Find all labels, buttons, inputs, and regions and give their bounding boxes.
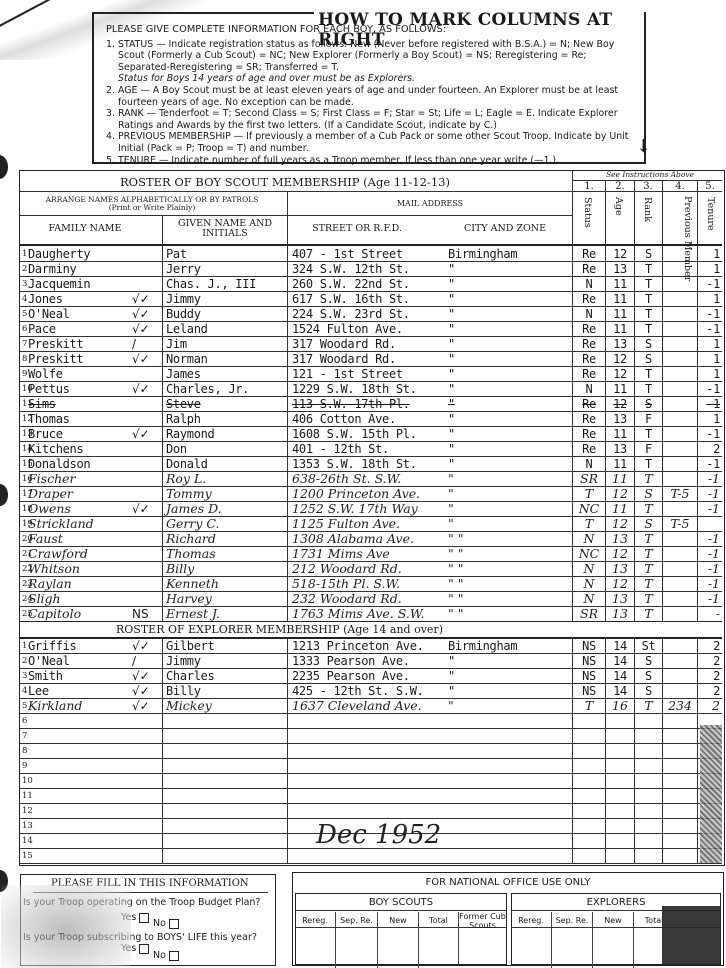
boy-roster-prev-cell: [663, 426, 697, 441]
boy-roster-family-cell: Preskitt: [28, 336, 138, 351]
boy-roster-tenure-cell: 1: [698, 336, 720, 351]
boy-roster-prev-cell: [663, 441, 697, 456]
boy-roster-given-cell: Don: [166, 441, 286, 456]
explorer-roster-street-cell: 2235 Pearson Ave.: [292, 668, 452, 683]
boy-roster-city-cell: " ": [448, 606, 568, 621]
instructions-box: HOW TO MARK COLUMNS AT RIGHT PLEASE GIVE…: [92, 12, 646, 164]
boy-roster-family-cell: Pace: [28, 321, 138, 336]
explorer-roster-family-cell: Smith: [28, 668, 138, 683]
boy-roster-street-cell: 638-26th St. S.W.: [292, 471, 452, 486]
fill-in-box: PLEASE FILL IN THIS INFORMATION Is your …: [20, 874, 276, 966]
date-annotation: Dec 1952: [316, 820, 441, 850]
boy-roster-status-cell: N: [573, 576, 605, 591]
row-number: 9: [22, 758, 27, 773]
boy-roster-status-cell: T: [573, 486, 605, 501]
explorer-roster-prev-cell: 234: [663, 698, 697, 713]
boy-roster-prev-cell: [663, 321, 697, 336]
boy-roster-age-cell: 13: [606, 606, 634, 621]
tally-col-rereg: Rereg.: [296, 912, 334, 968]
explorer-roster-tenure-cell: 2: [698, 638, 720, 653]
instruction-tenure: 5. TENURE — Indicate number of full year…: [106, 155, 636, 167]
row-number: 1: [22, 246, 27, 261]
explorer-roster-row: 12: [20, 803, 722, 818]
boy-roster-age-cell: 13: [606, 261, 634, 276]
boy-roster-given-cell: Pat: [166, 246, 286, 261]
boy-roster-family-cell: Faust: [28, 531, 138, 546]
checkbox-icon[interactable]: [169, 919, 179, 929]
col-number-3: 3.: [634, 181, 662, 192]
boy-roster-city-cell: " ": [448, 531, 568, 546]
explorer-roster-row: 15: [20, 848, 722, 863]
boy-roster-status-cell: SR: [573, 471, 605, 486]
boy-roster-family-cell: Crawford: [28, 546, 138, 561]
boy-roster-street-cell: 1308 Alabama Ave.: [292, 531, 452, 546]
boy-roster-row: 17DraperTommy1200 Princeton Ave."T12ST-5…: [20, 486, 722, 501]
boy-roster-age-cell: 11: [606, 501, 634, 516]
boy-roster-tenure-cell: -1: [698, 381, 720, 396]
boy-roster-tenure-cell: -: [698, 606, 720, 621]
boy-roster-prev-cell: [663, 351, 697, 366]
boy-roster-rank-cell: T: [635, 261, 662, 276]
explorer-roster-given-cell: Billy: [166, 683, 286, 698]
explorer-roster-rank-cell: T: [635, 698, 662, 713]
boy-roster-family-cell: Strickland: [28, 516, 138, 531]
boy-roster-given-cell: Ernest J.: [166, 606, 286, 621]
explorer-roster-status-cell: NS: [573, 668, 605, 683]
explorer-roster-family-cell: Kirkland: [28, 698, 138, 713]
boy-roster-prev-cell: [663, 606, 697, 621]
boy-roster-tenure-cell: [698, 516, 720, 531]
explorer-roster-street-cell: 1333 Pearson Ave.: [292, 653, 452, 668]
boy-roster-status-cell: Re: [573, 426, 605, 441]
boy-roster-family-cell: Daugherty: [28, 246, 138, 261]
row-number: 3: [22, 668, 27, 683]
boy-roster-rank-cell: T: [635, 381, 662, 396]
boy-roster-row: 12ThomasRalph406 Cotton Ave."Re13F1: [20, 411, 722, 426]
boy-roster-family-cell: Jacquemin: [28, 276, 138, 291]
mail-address-label: MAIL ADDRESS: [290, 200, 570, 208]
boy-roster-tenure-cell: -1: [698, 276, 720, 291]
boy-roster-prev-cell: [663, 381, 697, 396]
explorer-roster-city-cell: ": [448, 668, 568, 683]
row-number: 5: [22, 698, 27, 713]
boy-roster-family-cell: Thomas: [28, 411, 138, 426]
tally-col-new: New: [592, 912, 633, 968]
row-number: 2: [22, 653, 27, 668]
boy-roster-tenure-cell: -1: [698, 531, 720, 546]
boy-roster-family-cell: Preskitt: [28, 351, 138, 366]
boy-roster-family-cell: O'Neal: [28, 306, 138, 321]
boy-roster-family-cell: Draper: [28, 486, 138, 501]
boy-roster-status-cell: Re: [573, 291, 605, 306]
boy-roster-given-cell: Harvey: [166, 591, 286, 606]
boy-roster-city-cell: " ": [448, 561, 568, 576]
boy-roster-age-cell: 12: [606, 351, 634, 366]
col-number-2: 2.: [606, 181, 634, 192]
boy-roster-street-cell: 1524 Fulton Ave.: [292, 321, 452, 336]
boy-roster-row: 18Owens√✓James D.1252 S.W. 17th Way"NC11…: [20, 501, 722, 516]
explorer-roster-given-cell: Charles: [166, 668, 286, 683]
explorer-roster-city-cell: Birmingham: [448, 638, 568, 653]
col-city-zone: CITY AND ZONE: [440, 224, 570, 234]
boy-roster-prev-cell: [663, 576, 697, 591]
explorer-roster-row: 1Griffis√✓Gilbert1213 Princeton Ave.Birm…: [20, 638, 722, 653]
col-street: STREET OR R.F.D.: [292, 224, 422, 234]
tally-col-total: Total: [418, 912, 458, 968]
explorer-roster-status-cell: NS: [573, 683, 605, 698]
boy-roster-age-cell: 13: [606, 531, 634, 546]
checkbox-icon[interactable]: [139, 913, 149, 923]
boy-roster-prev-cell: [663, 501, 697, 516]
row-number: 9: [22, 366, 27, 381]
boy-roster-prev-cell: T-5: [663, 516, 697, 531]
national-office-title: FOR NATIONAL OFFICE USE ONLY: [293, 877, 723, 888]
boy-roster-tenure-cell: -1: [698, 546, 720, 561]
boy-roster-row: 16FischerRoy L.638-26th St. S.W."SR11T-1: [20, 471, 722, 486]
boy-roster-rank-cell: T: [635, 606, 662, 621]
boy-roster-given-cell: Billy: [166, 561, 286, 576]
boy-roster-city-cell: ": [448, 471, 568, 486]
boy-roster-row: 24SlighHarvey232 Woodard Rd." "N13T-1: [20, 591, 722, 606]
row-number: 5: [22, 306, 27, 321]
budget-plan-no[interactable]: No: [153, 918, 179, 929]
explorer-roster-given-cell: Gilbert: [166, 638, 286, 653]
boy-roster-city-cell: ": [448, 321, 568, 336]
boy-roster-given-cell: Kenneth: [166, 576, 286, 591]
boy-roster-row: 6Pace√✓Leland1524 Fulton Ave."Re11T-1: [20, 321, 722, 336]
boy-roster-status-cell: Re: [573, 261, 605, 276]
boy-roster-tenure-cell: -1: [698, 501, 720, 516]
boy-roster-city-cell: Birmingham: [448, 246, 568, 261]
boy-roster-rank-cell: T: [635, 306, 662, 321]
boy-roster-street-cell: 407 - 1st Street: [292, 246, 452, 261]
boy-roster-street-cell: 260 S.W. 22nd St.: [292, 276, 452, 291]
boy-roster-rank-cell: S: [635, 351, 662, 366]
explorer-roster-row: 11: [20, 788, 722, 803]
boy-roster-city-cell: ": [448, 456, 568, 471]
boy-roster-city-cell: ": [448, 351, 568, 366]
boy-roster-family-cell: Jones: [28, 291, 138, 306]
row-number: 15: [22, 848, 33, 863]
explorer-roster-city-cell: ": [448, 698, 568, 713]
boy-roster-tenure-cell: -1: [698, 321, 720, 336]
boy-roster-age-cell: 11: [606, 306, 634, 321]
boy-roster-status-cell: N: [573, 456, 605, 471]
row-number: 13: [22, 818, 33, 833]
boy-roster-status-cell: N: [573, 591, 605, 606]
boy-roster-prev-cell: [663, 306, 697, 321]
boy-roster-family-cell: Donaldson: [28, 456, 138, 471]
explorer-roster-status-cell: NS: [573, 638, 605, 653]
boy-roster-status-cell: N: [573, 381, 605, 396]
boy-roster-age-cell: 11: [606, 291, 634, 306]
col-tenure: Tenure: [705, 197, 715, 231]
boy-roster-rank-cell: T: [635, 291, 662, 306]
boy-roster-age-cell: 12: [606, 516, 634, 531]
boy-roster-rank-cell: S: [635, 396, 662, 411]
boy-roster-given-cell: Buddy: [166, 306, 286, 321]
boy-roster-city-cell: " ": [448, 546, 568, 561]
row-number: 4: [22, 291, 27, 306]
row-rule: [20, 863, 722, 864]
boy-roster-given-cell: Ralph: [166, 411, 286, 426]
header-rule: [20, 191, 572, 192]
explorer-roster-row: 8: [20, 743, 722, 758]
boy-roster-prev-cell: [663, 261, 697, 276]
boy-roster-street-cell: 406 Cotton Ave.: [292, 411, 452, 426]
explorer-roster-family-cell: Griffis: [28, 638, 138, 653]
boy-roster-prev-cell: [663, 471, 697, 486]
explorer-roster-row: 5Kirkland√✓Mickey1637 Cleveland Ave."T16…: [20, 698, 722, 713]
boy-roster-rank-cell: F: [635, 441, 662, 456]
boy-roster-family-cell: Kitchens: [28, 441, 138, 456]
boy-roster-tenure-cell: -1: [698, 471, 720, 486]
boy-roster-tenure-cell: -1: [698, 591, 720, 606]
explorer-roster-tenure-cell: 2: [698, 683, 720, 698]
boy-roster-given-cell: Leland: [166, 321, 286, 336]
boy-roster-city-cell: ": [448, 291, 568, 306]
boy-roster-city-cell: ": [448, 336, 568, 351]
boy-roster-street-cell: 1608 S.W. 15th Pl.: [292, 426, 452, 441]
col-age: Age: [613, 197, 623, 216]
boy-roster-given-cell: James: [166, 366, 286, 381]
boy-roster-rank-cell: S: [635, 336, 662, 351]
boy-roster-rank-cell: T: [635, 426, 662, 441]
boy-roster-prev-cell: [663, 336, 697, 351]
boy-roster-prev-cell: [663, 531, 697, 546]
row-number: 11: [22, 788, 33, 803]
boy-roster-given-cell: Richard: [166, 531, 286, 546]
boy-roster-row: 1DaughertyPat407 - 1st StreetBirminghamR…: [20, 246, 722, 261]
boy-roster-age-cell: 13: [606, 441, 634, 456]
row-number: 6: [22, 713, 27, 728]
boy-roster-tenure-cell: 1: [698, 366, 720, 381]
boy-roster-city-cell: ": [448, 306, 568, 321]
boy-roster-street-cell: 317 Woodard Rd.: [292, 336, 452, 351]
row-number: 7: [22, 336, 27, 351]
explorer-roster-row: 6: [20, 713, 722, 728]
boy-roster-status-cell: N: [573, 276, 605, 291]
national-office-box: FOR NATIONAL OFFICE USE ONLY BOY SCOUTS …: [292, 872, 724, 966]
boy-roster-given-cell: Gerry C.: [166, 516, 286, 531]
instruction-rank: 3. RANK — Tenderfoot = T; Second Class =…: [106, 108, 636, 131]
instruction-age: 2. AGE — A Boy Scout must be at least el…: [106, 85, 636, 108]
boy-roster-given-cell: Jerry: [166, 261, 286, 276]
boy-roster-street-cell: 518-15th Pl. S.W.: [292, 576, 452, 591]
explorer-roster-age-cell: 14: [606, 638, 634, 653]
boy-roster-prev-cell: [663, 591, 697, 606]
boy-roster-street-cell: 1125 Fulton Ave.: [292, 516, 452, 531]
boy-roster-street-cell: 224 S.W. 23rd St.: [292, 306, 452, 321]
checkbox-icon[interactable]: [169, 951, 179, 961]
tally-col-new: New: [377, 912, 418, 968]
boy-roster-street-cell: 1200 Princeton Ave.: [292, 486, 452, 501]
tally-rule: [296, 910, 506, 911]
row-number: 2: [22, 261, 27, 276]
boy-roster-city-cell: ": [448, 426, 568, 441]
boy-roster-city-cell: ": [448, 381, 568, 396]
col-number-4: 4.: [663, 181, 697, 192]
explorer-roster-rank-cell: S: [635, 668, 662, 683]
boy-roster-family-cell: Fischer: [28, 471, 138, 486]
boy-roster-city-cell: ": [448, 276, 568, 291]
boys-life-no[interactable]: No: [153, 950, 179, 961]
boy-roster-city-cell: ": [448, 486, 568, 501]
boy-roster-row: 11SimsSteve113 S.W. 17th Pl."Re12S-1: [20, 396, 722, 411]
explorer-roster-age-cell: 14: [606, 683, 634, 698]
boy-roster-street-cell: 317 Woodard Rd.: [292, 351, 452, 366]
boy-roster-rank-cell: T: [635, 531, 662, 546]
boy-roster-tenure-cell: -1: [698, 456, 720, 471]
status-note: Status for Boys 14 years of age and over…: [118, 73, 415, 84]
row-number: 4: [22, 683, 27, 698]
row-number: 14: [22, 833, 33, 848]
explorer-roster-age-cell: 16: [606, 698, 634, 713]
boy-roster-family-cell: Capitolo: [28, 606, 138, 621]
boy-roster-street-cell: 212 Woodard Rd.: [292, 561, 452, 576]
boy-roster-prev-cell: [663, 396, 697, 411]
boy-roster-city-cell: ": [448, 366, 568, 381]
see-instructions-label: See Instructions Above: [580, 171, 720, 179]
boy-roster-prev-cell: [663, 246, 697, 261]
arrow-down-icon: ↓: [636, 136, 651, 157]
explorer-roster-rank-cell: S: [635, 683, 662, 698]
boy-roster-row: 4Jones√✓Jimmy617 S.W. 16th St."Re11T1: [20, 291, 722, 306]
boy-roster-status-cell: Re: [573, 366, 605, 381]
instructions-body: PLEASE GIVE COMPLETE INFORMATION FOR EAC…: [106, 24, 636, 166]
col-status: Status: [582, 197, 592, 228]
boy-roster-street-cell: 1353 S.W. 18th St.: [292, 456, 452, 471]
boy-roster-tenure-cell: -1: [698, 396, 720, 411]
explorer-roster-street-cell: 1637 Cleveland Ave.: [292, 698, 452, 713]
boy-roster-row: 23RaylanKenneth518-15th Pl. S.W." "N12T-…: [20, 576, 722, 591]
boy-roster-tenure-cell: 1: [698, 351, 720, 366]
boy-roster-given-cell: Thomas: [166, 546, 286, 561]
col-number-1: 1.: [574, 181, 604, 192]
boy-roster-status-cell: Re: [573, 396, 605, 411]
boy-roster-row: 9WolfeJames121 - 1st Street"Re12T1: [20, 366, 722, 381]
boy-roster-rank-cell: T: [635, 591, 662, 606]
boy-roster-prev-cell: [663, 546, 697, 561]
boy-roster-family-cell: Bruce: [28, 426, 138, 441]
boy-roster-street-cell: 113 S.W. 17th Pl.: [292, 396, 452, 411]
explorer-roster-prev-cell: [663, 683, 697, 698]
boy-roster-age-cell: 13: [606, 591, 634, 606]
boy-roster-row: 19StricklandGerry C.1125 Fulton Ave."T12…: [20, 516, 722, 531]
boy-roster-age-cell: 11: [606, 426, 634, 441]
boy-roster-status-cell: N: [573, 561, 605, 576]
boy-roster-tenure-cell: 1: [698, 261, 720, 276]
explorer-roster-given-cell: Jimmy: [166, 653, 286, 668]
col-rank: Rank: [642, 197, 652, 222]
checkbox-icon[interactable]: [139, 944, 149, 954]
boy-roster-tenure-cell: -1: [698, 306, 720, 321]
row-number: 12: [22, 803, 33, 818]
boy-roster-city-cell: " ": [448, 576, 568, 591]
explorer-roster-prev-cell: [663, 653, 697, 668]
tally-col-sep-re: Sep. Re.: [551, 912, 592, 968]
tally-col-rereg: Rereg.: [512, 912, 550, 968]
boy-scouts-title: BOY SCOUTS: [296, 897, 506, 908]
boy-roster-family-cell: Sims: [28, 396, 138, 411]
instructions-lead: PLEASE GIVE COMPLETE INFORMATION FOR EAC…: [106, 24, 636, 36]
explorer-roster-city-cell: ": [448, 683, 568, 698]
boy-roster-age-cell: 11: [606, 471, 634, 486]
boy-roster-status-cell: NC: [573, 501, 605, 516]
boy-roster-family-cell: Raylan: [28, 576, 138, 591]
boy-roster-rank-cell: T: [635, 321, 662, 336]
boy-roster-tenure-cell: 1: [698, 411, 720, 426]
boy-roster-age-cell: 12: [606, 246, 634, 261]
boy-roster-prev-cell: [663, 561, 697, 576]
boy-roster-rank-cell: T: [635, 546, 662, 561]
boy-roster-street-cell: 1763 Mims Ave. S.W.: [292, 606, 452, 621]
boy-roster-city-cell: ": [448, 411, 568, 426]
explorer-roster-street-cell: 425 - 12th St. S.W.: [292, 683, 452, 698]
boy-roster-status-cell: Re: [573, 441, 605, 456]
boy-roster-age-cell: 12: [606, 546, 634, 561]
boy-roster-age-cell: 13: [606, 561, 634, 576]
boy-scouts-tally: BOY SCOUTS Rereg. Sep. Re. New Total For…: [295, 893, 507, 965]
boy-roster-street-cell: 1229 S.W. 18th St.: [292, 381, 452, 396]
boy-roster-city-cell: ": [448, 501, 568, 516]
boy-roster-street-cell: 617 S.W. 16th St.: [292, 291, 452, 306]
boy-roster-family-cell: Pettus: [28, 381, 138, 396]
explorer-roster-given-cell: Mickey: [166, 698, 286, 713]
boy-roster-rank-cell: S: [635, 246, 662, 261]
boy-roster-row: 22WhitsonBilly212 Woodard Rd." "N13T-1: [20, 561, 722, 576]
boy-roster-status-cell: Re: [573, 336, 605, 351]
boy-roster-prev-cell: [663, 276, 697, 291]
boy-roster-given-cell: Charles, Jr.: [166, 381, 286, 396]
boy-roster-city-cell: ": [448, 516, 568, 531]
boy-roster-given-cell: Norman: [166, 351, 286, 366]
boy-roster-prev-cell: [663, 411, 697, 426]
boy-roster-tenure-cell: 1: [698, 246, 720, 261]
boy-roster-age-cell: 11: [606, 381, 634, 396]
explorer-roster-rank-cell: S: [635, 653, 662, 668]
scan-smudge: [1, 885, 131, 968]
explorer-roster-rank-cell: St: [635, 638, 662, 653]
boy-roster-tenure-cell: -1: [698, 561, 720, 576]
col-given-name: GIVEN NAME AND INITIALS: [165, 219, 285, 239]
boy-roster-age-cell: 11: [606, 276, 634, 291]
boy-roster-rank-cell: T: [635, 366, 662, 381]
boy-roster-city-cell: ": [448, 396, 568, 411]
row-number: 10: [22, 773, 33, 788]
boy-roster-street-cell: 121 - 1st Street: [292, 366, 452, 381]
punch-hole: [0, 484, 8, 506]
boy-roster-prev-cell: [663, 366, 697, 381]
boy-roster-status-cell: NC: [573, 546, 605, 561]
boy-roster-street-cell: 232 Woodard Rd.: [292, 591, 452, 606]
boy-roster-status-cell: Re: [573, 321, 605, 336]
boy-roster-street-cell: 401 - 12th St.: [292, 441, 452, 456]
row-number: 8: [22, 743, 27, 758]
boy-roster-tenure-cell: 2: [698, 441, 720, 456]
boy-roster-tenure-cell: -1: [698, 426, 720, 441]
explorer-roster-tenure-cell: 2: [698, 668, 720, 683]
boy-roster-family-cell: Sligh: [28, 591, 138, 606]
boy-roster-status-cell: SR: [573, 606, 605, 621]
boy-roster-given-cell: Roy L.: [166, 471, 286, 486]
boy-roster-family-cell: Owens: [28, 501, 138, 516]
boy-roster-rank-cell: S: [635, 486, 662, 501]
explorer-roster-tenure-cell: 2: [698, 653, 720, 668]
boy-roster-rank-cell: T: [635, 276, 662, 291]
boy-roster-row: 15DonaldsonDonald1353 S.W. 18th St."N11T…: [20, 456, 722, 471]
row-number: 1: [22, 638, 27, 653]
